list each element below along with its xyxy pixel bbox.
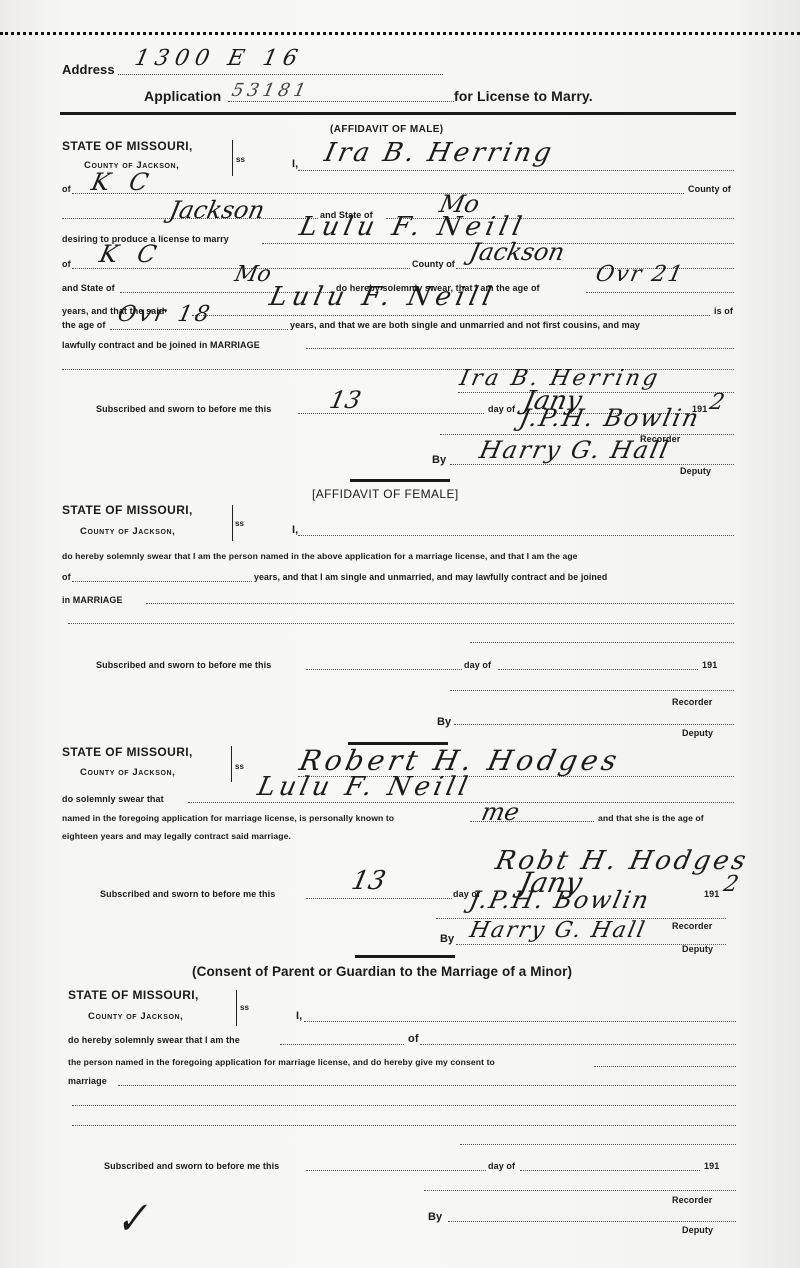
female-age-line bbox=[72, 581, 252, 582]
deputy-label: Deputy bbox=[682, 1225, 713, 1235]
section-divider bbox=[355, 955, 455, 958]
month-line bbox=[520, 1170, 700, 1171]
applicant-name-line bbox=[298, 170, 734, 171]
day-value: 13 bbox=[349, 866, 388, 896]
blank-line bbox=[72, 1105, 736, 1106]
title-suffix: for License to Marry. bbox=[454, 88, 593, 104]
recorder-label: Recorder bbox=[672, 1195, 712, 1205]
marriage-label: marriage bbox=[68, 1076, 107, 1086]
bride-county-line bbox=[456, 268, 734, 269]
signature-line bbox=[470, 642, 734, 643]
day-of-label: day of bbox=[464, 660, 491, 670]
female-affidavit-heading: [AFFIDAVIT OF FEMALE] bbox=[312, 487, 459, 501]
bride-name-line bbox=[188, 802, 734, 803]
deputy-signature: Harry G. Hall bbox=[477, 436, 672, 464]
bride-city: K C bbox=[97, 240, 165, 268]
state-label: STATE OF MISSOURI, bbox=[62, 139, 193, 153]
recorder-line bbox=[450, 690, 734, 691]
recorder-signature: J.P.H. Bowlin bbox=[517, 404, 703, 432]
by-label: By bbox=[437, 716, 451, 728]
day-of-label: day of bbox=[488, 1161, 515, 1171]
day-line bbox=[306, 898, 452, 899]
female-line1: do hereby solemnly swear that I am the p… bbox=[62, 551, 578, 561]
applicant-city: K C bbox=[89, 168, 157, 196]
i-label: I, bbox=[296, 1010, 302, 1022]
deputy-line bbox=[454, 724, 734, 725]
i-label: I, bbox=[292, 158, 298, 170]
bride-name-2-line bbox=[192, 315, 710, 316]
month-line bbox=[498, 669, 698, 670]
of-label: of bbox=[62, 184, 71, 194]
day-value: 13 bbox=[327, 386, 363, 414]
marriage-label: in MARRIAGE bbox=[62, 595, 123, 605]
recorder-signature: J.P.H. Bowlin bbox=[467, 886, 653, 914]
marriage-license-document: Address 1300 E 16 Application 53181 for … bbox=[0, 0, 800, 1268]
named-label: named in the foregoing application for m… bbox=[62, 813, 394, 823]
brace bbox=[226, 505, 233, 541]
and-that-label: and that she is the age of bbox=[598, 813, 704, 823]
applicant-county: Jackson bbox=[167, 196, 267, 224]
address-label: Address bbox=[62, 62, 115, 77]
female-line2: years, and that I am single and unmarrie… bbox=[254, 572, 607, 582]
person-label: the person named in the foregoing applic… bbox=[68, 1057, 495, 1067]
applicant-city-line bbox=[72, 193, 684, 194]
perforation-line bbox=[0, 32, 800, 35]
bride-name: Lulu F. Neill bbox=[255, 772, 474, 802]
consent-to-line bbox=[594, 1066, 736, 1067]
applicant-age-line bbox=[586, 292, 734, 293]
subscribed-label: Subscribed and sworn to before me this bbox=[104, 1161, 279, 1171]
state-label: STATE OF MISSOURI, bbox=[68, 988, 199, 1002]
ss-label: ss bbox=[236, 155, 245, 164]
deputy-label: Deputy bbox=[682, 728, 713, 738]
ss-label: ss bbox=[235, 519, 244, 528]
deputy-label: Deputy bbox=[680, 466, 711, 476]
year-prefix: 191 bbox=[702, 660, 717, 670]
deputy-line bbox=[450, 464, 734, 465]
subscribed-label: Subscribed and sworn to before me this bbox=[96, 404, 271, 414]
section-divider bbox=[350, 479, 450, 482]
county-label: County of Jackson, bbox=[80, 526, 175, 537]
swear-label: do solemnly swear that bbox=[62, 794, 164, 804]
application-number-line bbox=[228, 101, 454, 102]
ss-label: ss bbox=[235, 762, 244, 771]
relation-line bbox=[280, 1044, 404, 1045]
day-line bbox=[306, 1170, 486, 1171]
check-mark-icon: ✓ bbox=[114, 1192, 156, 1246]
bride-age-line bbox=[110, 329, 288, 330]
brace bbox=[230, 990, 237, 1026]
year-prefix: 191 bbox=[704, 1161, 719, 1171]
consent-heading: (Consent of Parent or Guardian to the Ma… bbox=[192, 964, 572, 979]
consent-name-line bbox=[304, 1021, 736, 1022]
address-value: 1300 E 16 bbox=[132, 46, 305, 71]
signature-line bbox=[460, 1144, 736, 1145]
signature-line bbox=[458, 392, 734, 393]
deputy-signature: Harry G. Hall bbox=[467, 918, 648, 943]
deputy-label: Deputy bbox=[682, 944, 713, 954]
female-name-line bbox=[298, 535, 734, 536]
of-label: of bbox=[408, 1033, 419, 1045]
blank-line bbox=[72, 1125, 736, 1126]
application-label: Application bbox=[144, 88, 221, 104]
recorder-line bbox=[440, 434, 734, 435]
bride-county: Jackson bbox=[467, 238, 567, 266]
applicant-age: Ovr 21 bbox=[593, 262, 686, 287]
county-label: County of Jackson, bbox=[88, 1011, 183, 1022]
marriage-line bbox=[146, 603, 734, 604]
year-prefix: 191 bbox=[704, 889, 719, 899]
year-suffix: 2 bbox=[707, 390, 726, 415]
brace bbox=[226, 140, 233, 176]
state-label: STATE OF MISSOURI, bbox=[62, 503, 193, 517]
day-line bbox=[306, 669, 462, 670]
male-statement: years, and that we are both single and u… bbox=[290, 320, 640, 330]
is-of-label: is of bbox=[714, 306, 733, 316]
recorder-line bbox=[424, 1190, 736, 1191]
day-of-label: day of bbox=[488, 404, 515, 414]
bride-state-label: and State of bbox=[62, 283, 115, 293]
swear-label: do hereby solemnly swear that I am the bbox=[68, 1035, 240, 1045]
minor-name-line bbox=[420, 1044, 736, 1045]
by-label: By bbox=[440, 933, 454, 945]
address-line bbox=[118, 74, 443, 75]
by-label: By bbox=[432, 454, 446, 466]
ss-label: ss bbox=[240, 1003, 249, 1012]
bride-state: Mo bbox=[232, 262, 273, 287]
subscribed-label: Subscribed and sworn to before me this bbox=[96, 660, 271, 670]
state-label: STATE OF MISSOURI, bbox=[62, 745, 193, 759]
recorder-label: Recorder bbox=[672, 697, 712, 707]
county-label: County of Jackson, bbox=[80, 767, 175, 778]
bride-name-2: Lulu F. Neill bbox=[267, 282, 499, 312]
brace bbox=[225, 746, 232, 782]
by-label: By bbox=[428, 1211, 442, 1223]
subscribed-label: Subscribed and sworn to before me this bbox=[100, 889, 275, 899]
bride-county-label: County of bbox=[412, 259, 455, 269]
lawfully-line bbox=[306, 348, 734, 349]
male-affidavit-heading: (AFFIDAVIT OF MALE) bbox=[330, 124, 444, 135]
lawfully-label: lawfully contract and be joined in MARRI… bbox=[62, 340, 260, 350]
header-rule bbox=[60, 112, 736, 115]
age-of-label: the age of bbox=[62, 320, 106, 330]
eighteen-label: eighteen years and may legally contract … bbox=[62, 831, 291, 841]
bride-of-label: of bbox=[62, 259, 71, 269]
application-number: 53181 bbox=[230, 80, 312, 101]
marriage-line bbox=[118, 1085, 736, 1086]
county-of-label: County of bbox=[688, 184, 731, 194]
deputy-line bbox=[448, 1221, 736, 1222]
blank-line bbox=[68, 623, 734, 624]
recorder-label: Recorder bbox=[672, 921, 712, 931]
known-to: me bbox=[479, 798, 522, 826]
applicant-name: Ira B. Herring bbox=[322, 138, 557, 168]
of-label: of bbox=[62, 572, 71, 582]
bride-age: Ovr 18 bbox=[115, 302, 214, 327]
